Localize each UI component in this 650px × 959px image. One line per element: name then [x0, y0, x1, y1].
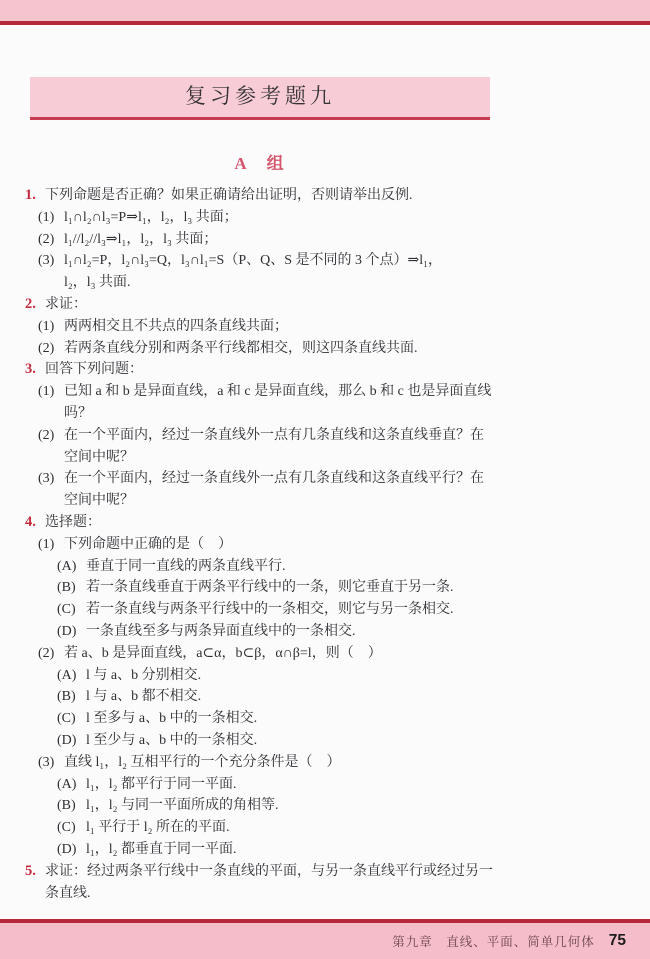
sub-item-marker: (3): [38, 468, 54, 490]
choice-option-marker: (D): [57, 839, 76, 861]
sub-item: (1)已知 a 和 b 是异面直线，a 和 c 是异面直线，那么 b 和 c 也…: [0, 381, 650, 403]
problem-stem-text: 选择题：: [45, 515, 101, 530]
choice-option: (A)垂直于同一直线的两条直线平行.: [0, 556, 650, 578]
sub-item-continuation: 空间中呢？: [0, 447, 650, 469]
choice-option-text: l 至多与 a、b 中的一条相交.: [86, 711, 257, 726]
sub-item-continuation-text: 空间中呢？: [64, 450, 134, 465]
choice-option-text: l₁，l₂ 都平行于同一平面.: [86, 777, 237, 792]
choice-option: (D)一条直线至多与两条异面直线中的一条相交.: [0, 621, 650, 643]
sub-item: (2)若 a、b 是异面直线，a⊂α，b⊂β，α∩β=l，则（ ）: [0, 643, 650, 665]
problem-stem-continuation-text: 条直线.: [45, 886, 91, 901]
sub-item-continuation: 吗？: [0, 403, 650, 425]
choice-option-text: l 至少与 a、b 中的一条相交.: [86, 733, 257, 748]
choice-option: (B)若一条直线垂直于两条平行线中的一条，则它垂直于另一条.: [0, 577, 650, 599]
choice-option: (D)l 至少与 a、b 中的一条相交.: [0, 730, 650, 752]
sub-item-text: 下列命题中正确的是（ ）: [64, 537, 232, 552]
sub-item-marker: (2): [38, 229, 54, 251]
sub-item-text: 在一个平面内，经过一条直线外一点有几条直线和这条直线垂直？在: [64, 428, 484, 443]
choice-option-marker: (B): [57, 686, 76, 708]
sub-item-marker: (3): [38, 250, 54, 272]
sub-item-marker: (1): [38, 207, 54, 229]
sub-item-text: 直线 l₁，l₂ 互相平行的一个充分条件是（ ）: [64, 755, 341, 770]
choice-option: (A)l₁，l₂ 都平行于同一平面.: [0, 774, 650, 796]
choice-option-text: l₁ 平行于 l₂ 所在的平面.: [86, 820, 230, 835]
choice-option-text: l 与 a、b 分别相交.: [86, 668, 201, 683]
sub-item-continuation: 空间中呢？: [0, 490, 650, 512]
choice-option-text: l₁，l₂ 都垂直于同一平面.: [86, 842, 237, 857]
sub-item: (3)直线 l₁，l₂ 互相平行的一个充分条件是（ ）: [0, 752, 650, 774]
sub-item-marker: (2): [38, 425, 54, 447]
sub-item-continuation-text: 空间中呢？: [64, 493, 134, 508]
sub-item-text: 已知 a 和 b 是异面直线，a 和 c 是异面直线，那么 b 和 c 也是异面…: [64, 384, 491, 399]
choice-option: (D)l₁，l₂ 都垂直于同一平面.: [0, 839, 650, 861]
problem-stem: 3.回答下列问题：: [0, 359, 650, 381]
sub-item: (3)在一个平面内，经过一条直线外一点有几条直线和这条直线平行？在: [0, 468, 650, 490]
sub-item-marker: (2): [38, 338, 54, 360]
problem-number: 1.: [25, 185, 36, 207]
choice-option: (C)l₁ 平行于 l₂ 所在的平面.: [0, 817, 650, 839]
sub-item: (2)l₁//l₂//l₃⇒l₁，l₂，l₃ 共面；: [0, 229, 650, 251]
problem-stem-text: 求证：: [45, 297, 87, 312]
problem-stem-text: 求证：经过两条平行线中一条直线的平面，与另一条直线平行或经过另一: [45, 864, 493, 879]
footer-page-number: 75: [609, 932, 626, 950]
choice-option-text: 垂直于同一直线的两条直线平行.: [86, 559, 286, 574]
top-pink-band: [0, 0, 650, 21]
sub-item: (1)两两相交且不共点的四条直线共面；: [0, 316, 650, 338]
problems-list: 1.下列命题是否正确？如果正确请给出证明，否则请举出反例.(1)l₁∩l₂∩l₃…: [0, 185, 650, 904]
choice-option: (C)l 至多与 a、b 中的一条相交.: [0, 708, 650, 730]
choice-option: (C)若一条直线与两条平行线中的一条相交，则它与另一条相交.: [0, 599, 650, 621]
choice-option-marker: (B): [57, 795, 76, 817]
problem-number: 5.: [25, 861, 36, 883]
sub-item-marker: (1): [38, 381, 54, 403]
choice-option: (B)l₁，l₂ 与同一平面所成的角相等.: [0, 795, 650, 817]
group-a-heading: A 组: [30, 149, 490, 171]
problem-stem: 2.求证：: [0, 294, 650, 316]
problem-stem: 5.求证：经过两条平行线中一条直线的平面，与另一条直线平行或经过另一: [0, 861, 650, 883]
sub-item-marker: (3): [38, 752, 54, 774]
sub-item: (2)若两条直线分别和两条平行线都相交，则这四条直线共面.: [0, 338, 650, 360]
sub-item-text: 在一个平面内，经过一条直线外一点有几条直线和这条直线平行？在: [64, 471, 484, 486]
sub-item-text: 若 a、b 是异面直线，a⊂α，b⊂β，α∩β=l，则（ ）: [64, 646, 382, 661]
sub-item: (1)下列命题中正确的是（ ）: [0, 534, 650, 556]
choice-option-text: l 与 a、b 都不相交.: [86, 689, 201, 704]
choice-option: (A)l 与 a、b 分别相交.: [0, 665, 650, 687]
top-red-rule: [0, 21, 650, 25]
choice-option: (B)l 与 a、b 都不相交.: [0, 686, 650, 708]
problem-number: 4.: [25, 512, 36, 534]
sub-item-text: l₁∩l₂∩l₃=P⇒l₁，l₂，l₃ 共面；: [64, 210, 238, 225]
choice-option-text: l₁，l₂ 与同一平面所成的角相等.: [86, 798, 279, 813]
sub-item-text: l₁∩l₂=P，l₂∩l₃=Q，l₃∩l₁=S（P、Q、S 是不同的 3 个点）…: [64, 253, 442, 268]
problem-stem-text: 回答下列问题：: [45, 362, 143, 377]
page-title: 复习参考题九: [30, 77, 490, 117]
choice-option-marker: (C): [57, 708, 76, 730]
sub-item: (2)在一个平面内，经过一条直线外一点有几条直线和这条直线垂直？在: [0, 425, 650, 447]
sub-item: (3)l₁∩l₂=P，l₂∩l₃=Q，l₃∩l₁=S（P、Q、S 是不同的 3 …: [0, 250, 650, 272]
choice-option-text: 一条直线至多与两条异面直线中的一条相交.: [86, 624, 356, 639]
choice-option-marker: (A): [57, 665, 76, 687]
choice-option-marker: (C): [57, 817, 76, 839]
textbook-page: 复习参考题九 A 组 1.下列命题是否正确？如果正确请给出证明，否则请举出反例.…: [0, 0, 650, 959]
problem-stem-continuation: 条直线.: [0, 883, 650, 905]
problem-stem-text: 下列命题是否正确？如果正确请给出证明，否则请举出反例.: [45, 188, 413, 203]
sub-item: (1)l₁∩l₂∩l₃=P⇒l₁，l₂，l₃ 共面；: [0, 207, 650, 229]
choice-option-marker: (A): [57, 556, 76, 578]
problem-stem: 1.下列命题是否正确？如果正确请给出证明，否则请举出反例.: [0, 185, 650, 207]
sub-item-continuation-text: 吗？: [64, 406, 92, 421]
sub-item-text: 若两条直线分别和两条平行线都相交，则这四条直线共面.: [64, 341, 418, 356]
choice-option-marker: (A): [57, 774, 76, 796]
sub-item-text: l₁//l₂//l₃⇒l₁，l₂，l₃ 共面；: [64, 232, 217, 247]
problem-stem: 4.选择题：: [0, 512, 650, 534]
problem-number: 2.: [25, 294, 36, 316]
sub-item-marker: (2): [38, 643, 54, 665]
sub-item-marker: (1): [38, 534, 54, 556]
problem-number: 3.: [25, 359, 36, 381]
choice-option-marker: (D): [57, 621, 76, 643]
choice-option-marker: (B): [57, 577, 76, 599]
sub-item-continuation: l₂，l₃ 共面.: [0, 272, 650, 294]
choice-option-marker: (C): [57, 599, 76, 621]
chapter-review-title-box: 复习参考题九: [30, 77, 490, 120]
choice-option-text: 若一条直线与两条平行线中的一条相交，则它与另一条相交.: [86, 602, 454, 617]
sub-item-marker: (1): [38, 316, 54, 338]
footer-chapter-label: 第九章 直线、平面、简单几何体: [392, 932, 595, 950]
sub-item-continuation-text: l₂，l₃ 共面.: [64, 275, 131, 290]
choice-option-marker: (D): [57, 730, 76, 752]
footer-pink-band: 第九章 直线、平面、简单几何体 75: [0, 923, 650, 959]
choice-option-text: 若一条直线垂直于两条平行线中的一条，则它垂直于另一条.: [86, 580, 454, 595]
sub-item-text: 两两相交且不共点的四条直线共面；: [64, 319, 288, 334]
